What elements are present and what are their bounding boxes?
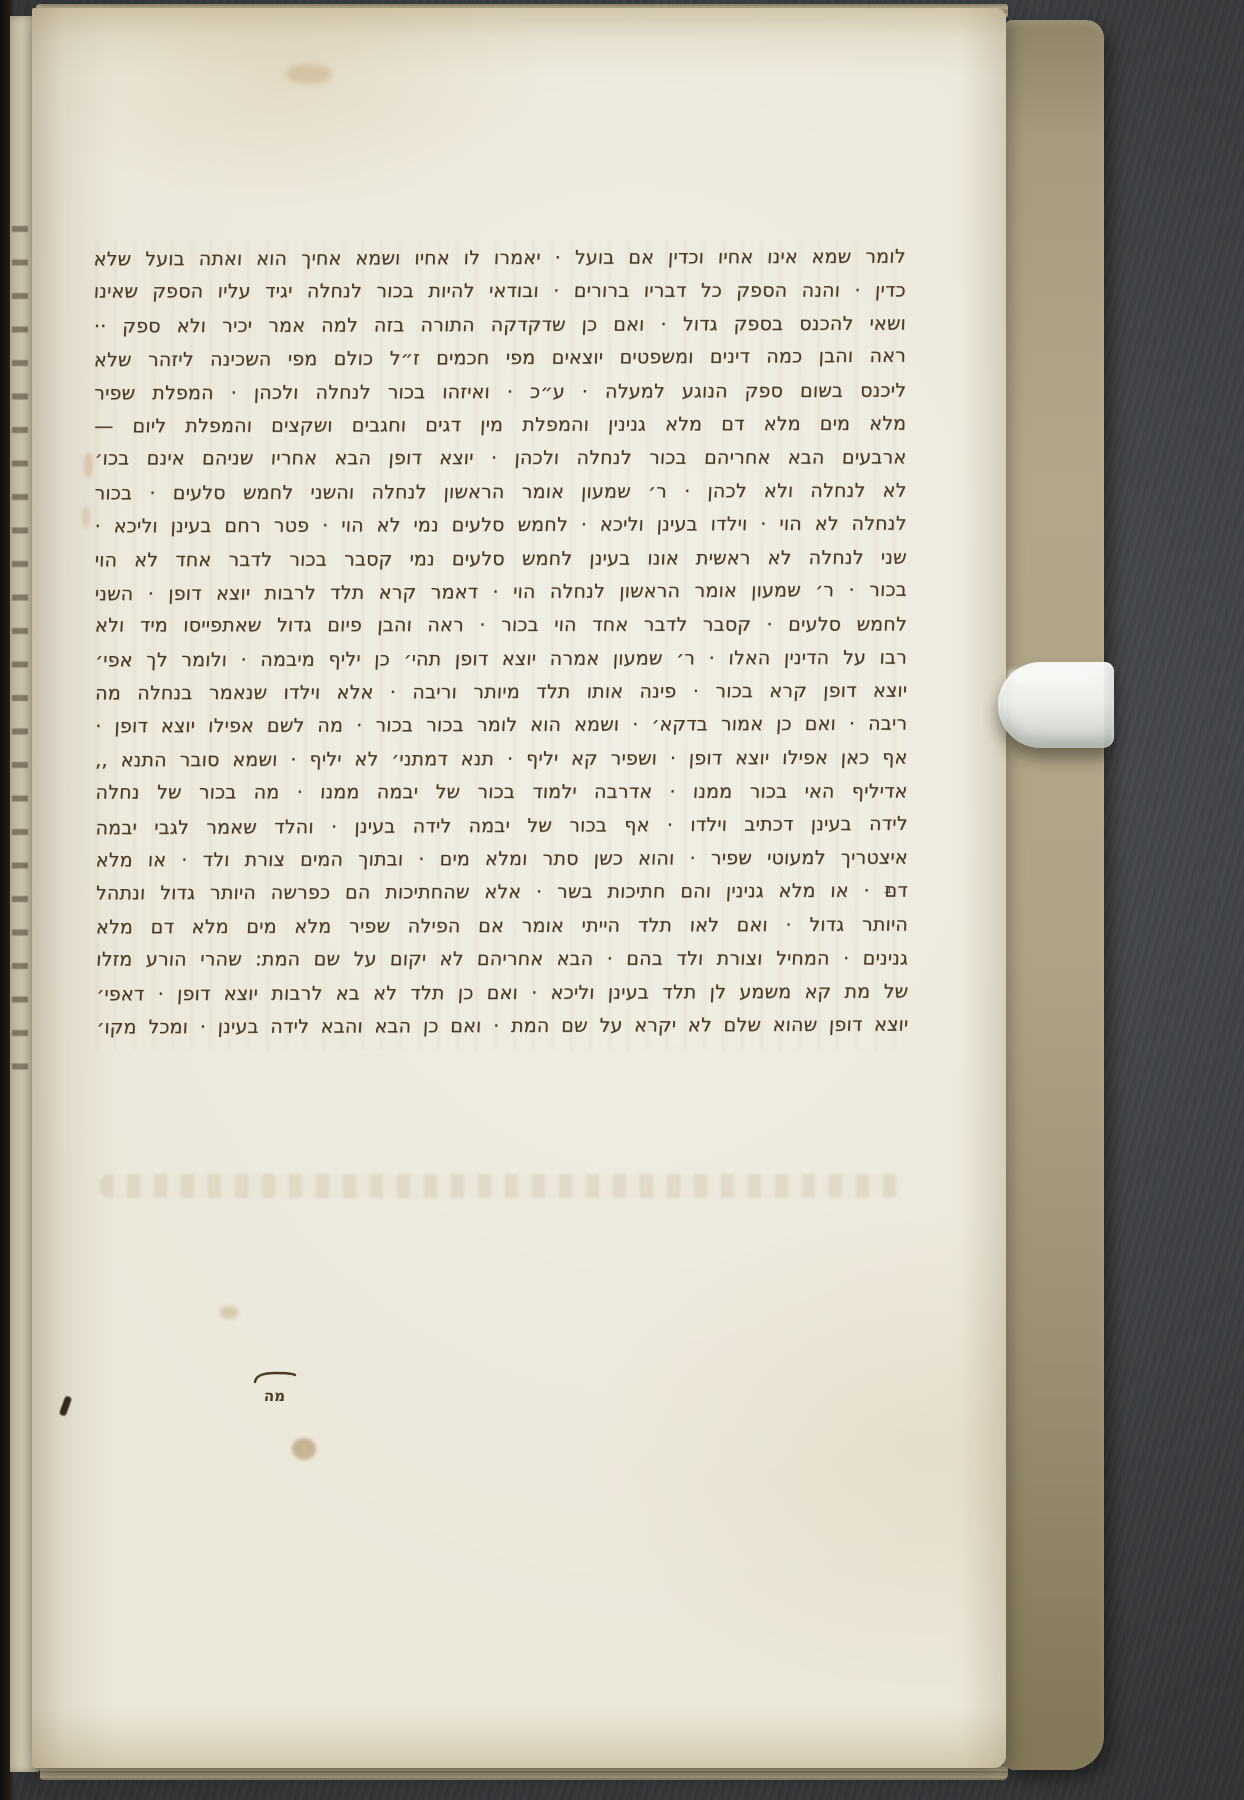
manuscript-text-line: ליכנס בשום ספק הנוגע למעלה · ע״כ · ואיזה… <box>93 374 907 410</box>
manuscript-text-line: יוצא דופן קרא בכור · פינה אותו תלד מיותר… <box>94 675 908 711</box>
photograph-background: לומר שמא אינו אחיו וכדין אם בועל · יאמרו… <box>0 0 1244 1800</box>
manuscript-text-line: אדיליף האי בכור ממנו · אדרבה ילמוד בכור … <box>95 776 909 811</box>
manuscript-text-line: אף כאן אפילו יוצא דופן · ושפיר קא יליף ·… <box>95 741 909 777</box>
offset-text-ghost <box>100 1174 900 1198</box>
manuscript-text-line: גנינים · המחיל וצורת ולד בהם · הבא אחריה… <box>95 943 909 978</box>
catchword-group: מה <box>250 1368 300 1405</box>
manuscript-text-line: לנחלה לא הוי · וילדו בעינן וליכא · לחמש … <box>94 508 908 544</box>
facing-page-text-fragments <box>12 206 28 1086</box>
marginal-mark: ב <box>884 882 892 897</box>
catchword-flourish <box>252 1368 298 1384</box>
text-block: לומר שמא אינו אחיו וכדין אם בועל · יאמרו… <box>94 241 909 1045</box>
manuscript-text-line: ושאי להכנס בספק גדול · ואם כן שדקדקה התו… <box>93 307 907 343</box>
manuscript-text-line: שני לנחלה לא ראשית אונו בעינן לחמש סלעים… <box>94 541 908 577</box>
manuscript-text-line: דם · או מלא גנינין והם חתיכות בשר · אלא … <box>95 875 909 911</box>
page-weight-clip <box>998 662 1114 748</box>
manuscript-text-line: ארבעים הבא אחריהם בכור לנחלה ולכהן · יוצ… <box>93 442 907 477</box>
manuscript-text-line: ראה והבן כמה דינים ומשפטים יוצאים מפי חכ… <box>93 340 906 378</box>
manuscript-text-line: לחמש סלעים · קסבר לדבר אחד הוי בכור · רא… <box>94 609 908 644</box>
catchword: מה <box>264 1387 286 1405</box>
manuscript-text-line: מלא מים מלא דם מלא גנינין והמפלת מין דגי… <box>93 408 907 444</box>
manuscript-text-line: של מת קא משמע לן תלד בעינן וליכא · ואם כ… <box>95 975 909 1011</box>
book-fore-edge <box>1004 20 1104 1770</box>
manuscript-text-line: איצטריך למעוטי שפיר · והוא כשן סתר ומלא … <box>95 842 909 878</box>
manuscript-text-line: כדין · והנה הספק כל דבריו ברורים · ובודא… <box>93 275 907 310</box>
manuscript-text-line: רבו על הדינין האלו · ר׳ שמעון אמרה יוצא … <box>94 641 908 677</box>
manuscript-text-line: לא לנחלה ולא לכהן · ר׳ שמעון אומר הראשון… <box>94 474 908 510</box>
manuscript-text-line: בכור · ר׳ שמעון אומר הראשון לנחלה הוי · … <box>94 574 907 612</box>
manuscript-text-line: ריבה · ואם כן אמור בדקא׳ · ושמא הוא לומר… <box>94 708 908 744</box>
manuscript-text-line: היותר גדול · ואם לאו תלד הייתי אומר אם ה… <box>95 908 909 944</box>
manuscript-text-line: לומר שמא אינו אחיו וכדין אם בועל · יאמרו… <box>93 241 907 277</box>
manuscript-text-line: לידה בעינן דכתיב וילדו · אף בכור של יבמה… <box>95 807 908 845</box>
manuscript-text-line: יוצא דופן שהוא שלם לא יקרא על שם המת · ו… <box>96 1009 910 1045</box>
